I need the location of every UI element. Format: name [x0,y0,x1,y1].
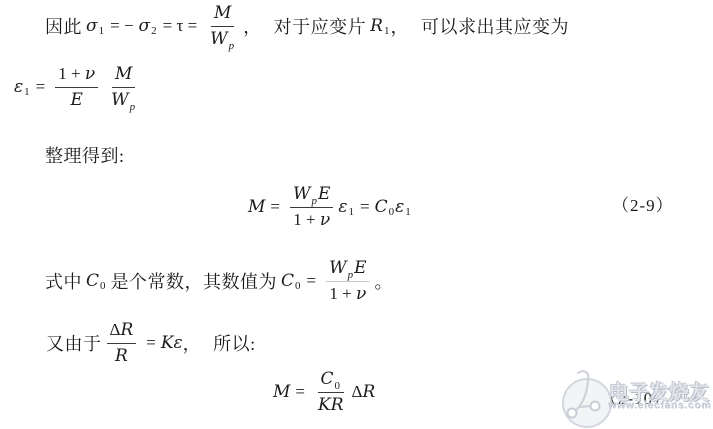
fraction-numerator: M [112,64,135,88]
text-suoyi: 所以: [213,330,256,356]
math-W: W [329,258,346,278]
math-M: M [214,3,231,23]
period: 。 [375,268,394,294]
math-equals: = [307,271,317,291]
math-W: W [293,184,310,204]
math-equals: = [146,333,156,353]
math-nu: ν [85,64,95,84]
text-zhengli: 整理得到: [45,142,125,168]
math-R1: R [370,16,383,36]
paragraph-youyouyu: 又由于 ΔR R = K ε ， 所以: [46,318,256,368]
fraction-numerator: WpE [290,184,333,208]
fraction-WpE-over-1nu: WpE 1 + ν [290,184,333,230]
text-yinci: 因此 [45,13,82,39]
comma: ， [243,13,262,39]
math-epsilon: ε [14,77,23,97]
fraction-numerator: ΔR [107,320,137,344]
comma: ， [390,13,409,39]
math-sigma1: σ [86,16,98,36]
formula-epsilon1: ε1 = 1 + ν E M Wp [14,63,144,111]
math-R: R [362,382,375,402]
fraction-denominator: R [112,344,131,367]
fraction-denominator: Wp [108,88,139,111]
math-W-sub: p [348,269,354,281]
fraction-1nu-over-E: 1 + ν E [55,64,98,110]
math-C0-sub: 0 [295,280,301,292]
math-E: E [318,184,330,204]
text-keyi: 可以求出其应变为 [421,13,569,39]
math-epsilon-sub: 1 [405,206,411,218]
fraction-C0-over-KR: C0 KR [315,369,347,415]
math-epsilon: ε [174,333,183,353]
text-duiyu: 对于应变片 [274,13,367,39]
math-nu: ν [320,210,330,230]
math-K: K [161,333,174,353]
watermark: 电子发烧友 www.elecfans.com [556,368,713,429]
fraction-denominator: E [67,88,85,111]
fraction-denominator: Wp [207,27,238,50]
comma: ， [183,330,202,356]
math-E: E [354,258,366,278]
math-epsilon: ε [395,197,404,217]
math-W: W [111,90,128,110]
math-M: M [115,64,132,84]
fraction-denominator: 1 + ν [326,282,369,305]
math-W-sub: p [229,40,235,52]
math-C0: C [86,271,99,291]
fraction-denominator: 1 + ν [290,208,333,231]
math-W: W [210,29,227,49]
fraction-numerator: M [211,3,234,27]
fraction-M-over-Wp: M Wp [108,64,139,110]
math-one-plus: 1 + [58,64,85,83]
math-R: R [115,346,128,366]
math-C: C [321,369,334,389]
math-sigma2-sub: 2 [151,25,157,37]
math-M: M [273,382,290,402]
math-equals: = [270,197,280,217]
math-equals: = [36,77,46,97]
math-M: M [248,197,265,217]
math-C-sub: 0 [335,380,341,392]
math-C0: C [281,271,294,291]
fraction-numerator: WpE [326,258,369,282]
document-page: 因此 σ1 = − σ2 = τ = M Wp ， 对于应变片 R1 ， 可以求… [0,0,713,429]
fraction-numerator: 1 + ν [55,64,98,88]
paragraph-line-1: 因此 σ1 = − σ2 = τ = M Wp ， 对于应变片 R1 ， 可以求… [45,0,569,52]
math-W-sub: p [312,195,318,207]
math-KR: KR [318,395,344,415]
math-epsilon-sub: 1 [24,86,30,98]
fraction-dR-over-R: ΔR R [107,320,137,366]
math-delta: Δ [110,320,121,339]
math-one-plus: 1 + [329,284,356,303]
text-shizhong: 式中 [45,268,82,294]
equation-number-2-9: （2-9） [612,191,674,216]
text-changshu: 是个常数，其数值为 [111,268,278,294]
math-E: E [70,90,82,110]
math-W-sub: p [130,101,136,113]
math-C0: C [375,197,388,217]
math-equals: = [360,197,370,217]
math-sigma2: σ [139,16,151,36]
math-equals: = [295,382,305,402]
fraction-M-over-Wp: M Wp [207,3,238,49]
equation-2-10: M = C0 KR ΔR [273,368,375,416]
math-C0-sub: 0 [100,280,106,292]
math-one-plus: 1 + [293,210,320,229]
math-sigma1-sub: 1 [99,25,105,37]
math-epsilon: ε [338,197,347,217]
math-R1-sub: 1 [384,25,390,37]
math-equals-tau: = τ = [163,16,198,36]
math-epsilon-sub: 1 [349,206,355,218]
math-R: R [120,320,133,340]
math-equals-minus: = − [110,16,133,36]
fraction-denominator: KR [315,393,347,416]
paragraph-zhengli: 整理得到: [45,142,125,168]
math-C0-sub: 0 [389,206,395,218]
fraction-numerator: C0 [318,369,345,393]
equation-2-9: M = WpE 1 + ν ε1 = C0 ε1 [248,183,412,231]
math-delta: Δ [352,382,363,402]
fraction-WpE-over-1nu: WpE 1 + ν [326,258,369,304]
text-youyouyu: 又由于 [46,330,102,356]
math-nu: ν [356,284,366,304]
paragraph-shizhong: 式中 C0 是个常数，其数值为 C0 = WpE 1 + ν 。 [45,253,393,309]
watermark-url-text: www.elecfans.com [608,399,711,411]
